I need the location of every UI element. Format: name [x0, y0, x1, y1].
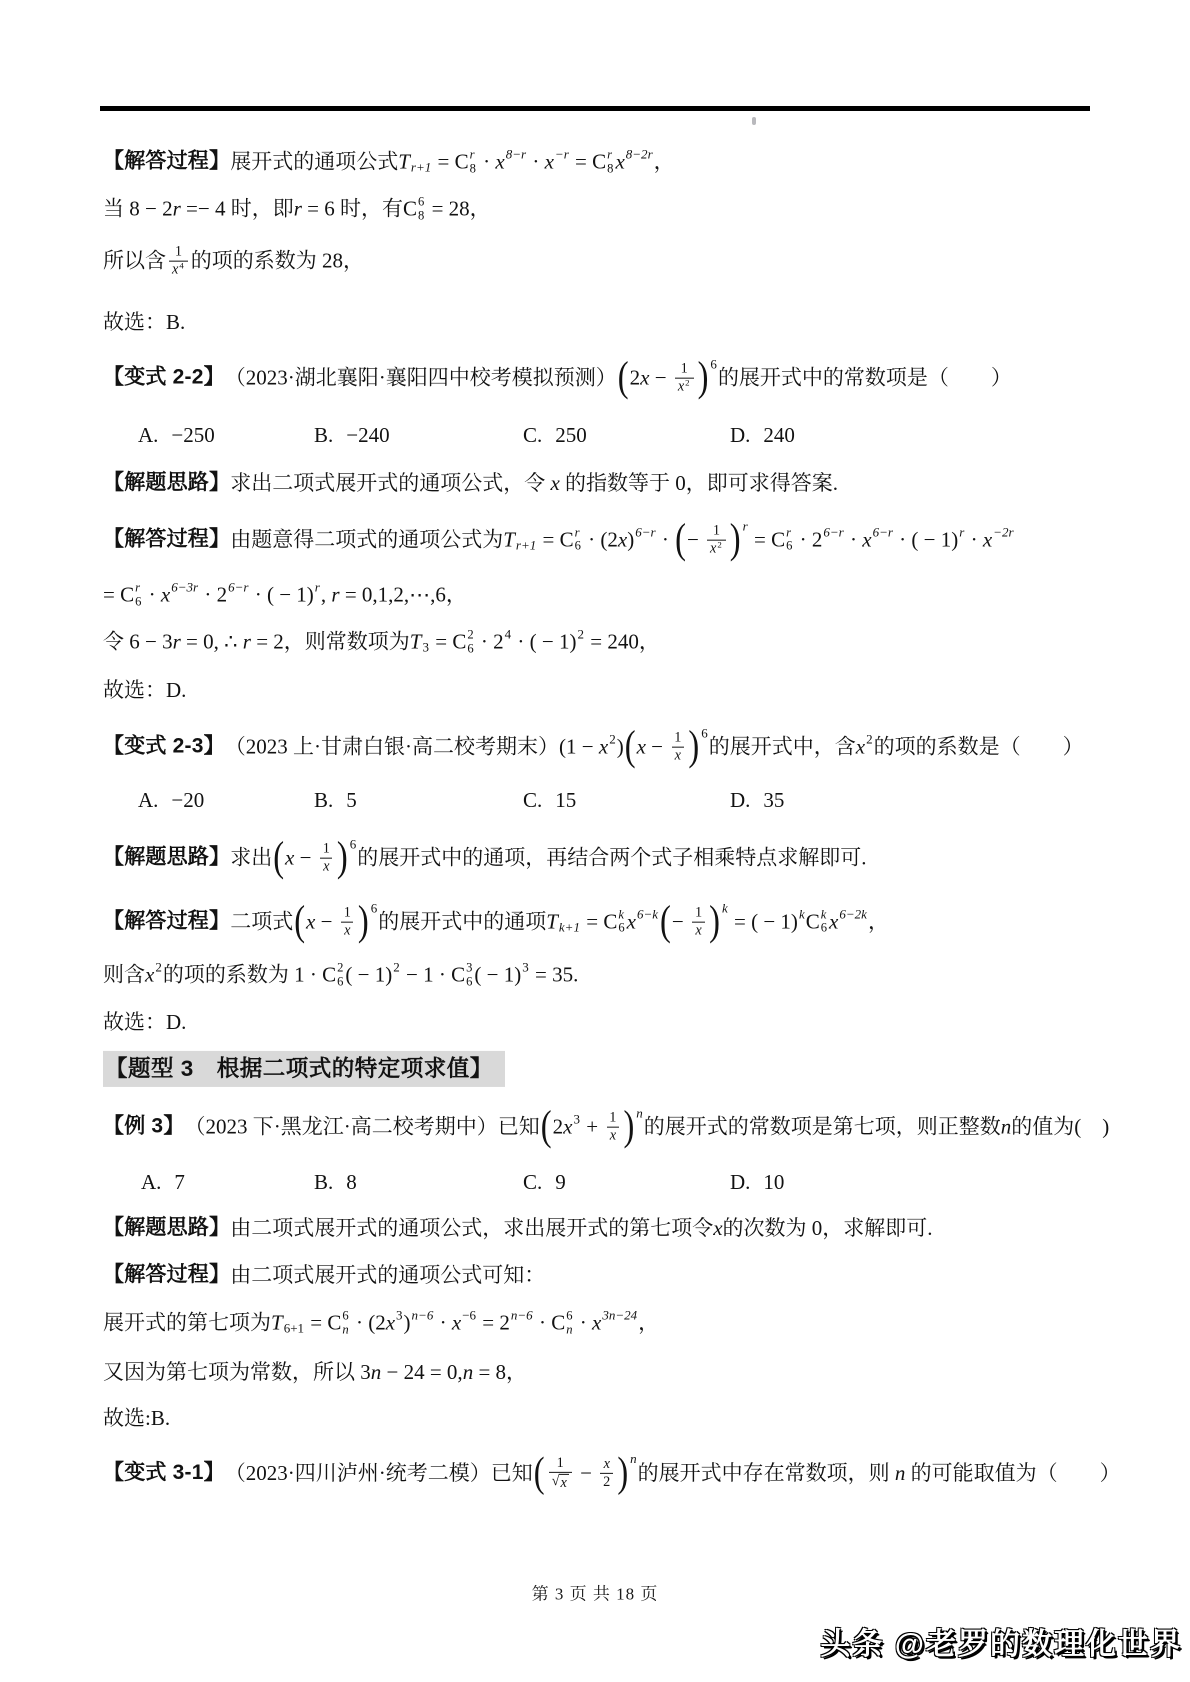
options-row-2-2: A.−250B.−240C.250D.240: [103, 421, 1093, 449]
label-run: 【变式 2-3】: [103, 734, 225, 760]
math-run: n: [895, 1460, 906, 1486]
superscript: 2: [609, 732, 616, 748]
math-run: x: [637, 734, 646, 760]
math-run: x: [550, 470, 559, 496]
solution-line: 【解答过程】由题意得二项式的通项公式为Tr+1 = Cr6 · (2x)6−r …: [103, 523, 1015, 558]
text-run: −: [575, 1460, 597, 1486]
math-run: 1: [681, 361, 688, 377]
header-rule: [100, 106, 1090, 111]
text-run: ·: [527, 149, 545, 175]
superscript: n−6: [511, 1308, 533, 1324]
math-run: x: [386, 1310, 395, 1336]
math-run: x: [604, 1456, 610, 1472]
math-run: x: [306, 909, 315, 935]
superscript: −2r: [993, 525, 1013, 541]
big-paren: (− 1x): [659, 905, 721, 940]
superscript: 6−k: [637, 907, 658, 923]
superscript: 6−r: [873, 525, 893, 541]
text-run: ): [617, 734, 624, 760]
option-value: −240: [346, 423, 389, 447]
label-run: 【解答过程】: [103, 149, 230, 175]
text-run: · 2: [476, 629, 504, 655]
text-run: −: [687, 527, 704, 553]
superscript: 6: [701, 725, 708, 741]
text-run: （2023·湖北襄阳·襄阳四中校考模拟预测）: [225, 365, 617, 391]
math-run: x: [599, 734, 608, 760]
text-run: （2023 上·甘肃白银·高二校考期末）(1 −: [225, 734, 599, 760]
option-value: −250: [171, 423, 214, 447]
answer-line: 故选：D.: [103, 677, 186, 703]
superscript: 6−r: [635, 525, 655, 541]
subscript: k+1: [559, 920, 580, 936]
text-run: = ( − 1): [729, 909, 798, 935]
text-run: 当 8 − 2: [103, 196, 173, 222]
sub-sup-stack: k6: [618, 908, 624, 935]
math-run: x: [344, 923, 350, 939]
text-run: ，: [654, 149, 675, 175]
text-run: = 28，: [426, 196, 490, 222]
text-run: 求出二项式展开式的通项公式，令: [230, 470, 550, 496]
text-run: 的展开式中的常数项是（ ）: [718, 365, 1012, 391]
text-run: =: [570, 149, 592, 175]
option-value: 240: [763, 423, 795, 447]
text-run: 的指数等于 0，即可求得答案.: [560, 470, 838, 496]
math-run: x: [495, 149, 504, 175]
sub-sup-stack: r6: [135, 581, 141, 608]
text-run: =: [305, 1310, 327, 1336]
option-label: D.: [730, 788, 750, 812]
math-run: 2: [630, 365, 641, 391]
option-value: 10: [763, 1170, 784, 1194]
superscript: 3n−24: [602, 1308, 637, 1324]
option-D: D.35: [730, 786, 784, 814]
math-run: r: [243, 629, 251, 655]
option-C: C.9: [523, 1168, 566, 1196]
fraction: 1x: [320, 841, 333, 876]
sub-sup-stack: k6: [821, 908, 827, 935]
math-run: x: [627, 909, 636, 935]
text-run: 故选：D.: [103, 1009, 186, 1035]
text-run: = 8，: [473, 1359, 527, 1385]
text-run: ·: [845, 527, 863, 553]
text-run: · (2: [583, 527, 618, 553]
superscript: 8−r: [506, 147, 526, 163]
label-run: 【变式 2-2】: [103, 365, 225, 391]
label-run: 【变式 3-1】: [103, 1460, 225, 1486]
math-run: 1: [557, 1455, 564, 1471]
superscript: 2: [577, 627, 584, 643]
option-A: A.−250: [138, 421, 215, 449]
sqrt-radical: √x: [552, 1474, 569, 1491]
sub-sup-stack: r6: [786, 526, 792, 553]
math-run: n: [463, 1359, 474, 1385]
superscript: k: [722, 900, 728, 916]
superscript: −6: [462, 1308, 476, 1324]
text-run: 故选:B.: [103, 1405, 170, 1431]
math-run: x: [829, 909, 838, 935]
math-run: x: [563, 1114, 572, 1140]
superscript: −r: [555, 147, 569, 163]
label-run: 【解题思路】: [103, 845, 230, 871]
text-run: 所以含: [103, 248, 166, 274]
big-paren: (2x − 1x2): [617, 361, 710, 396]
option-value: 250: [555, 423, 587, 447]
math-run: C: [806, 909, 820, 935]
math-run: x: [452, 1310, 461, 1336]
big-paren: (2x3 + 1x): [540, 1110, 636, 1145]
option-value: 9: [555, 1170, 566, 1194]
fraction: 1x: [606, 1110, 619, 1145]
label-run: 【解答过程】: [103, 1262, 230, 1288]
idea-line: 【解题思路】求出二项式展开式的通项公式，令 x 的指数等于 0，即可求得答案.: [103, 470, 838, 496]
text-run: · 2: [199, 582, 227, 608]
fraction: 1x2: [675, 361, 694, 396]
math-run: T: [398, 149, 410, 175]
sub-sup-stack: 26: [337, 961, 343, 988]
option-value: −20: [171, 788, 204, 812]
math-run: 1: [695, 905, 702, 921]
math-run: 1: [609, 1110, 616, 1126]
option-label: A.: [138, 788, 158, 812]
text-run: 故选：D.: [103, 677, 186, 703]
text-run: = 0,1,2,⋯,6，: [340, 582, 467, 608]
superscript: 3: [522, 960, 529, 976]
math-run: x: [675, 748, 681, 764]
option-A: A.7: [141, 1168, 185, 1196]
solution-line: 当 8 − 2r =− 4 时，即r = 6 时，有C68 = 28，: [103, 195, 491, 222]
big-paren: (x − 1x): [624, 730, 701, 765]
math-run: x: [161, 582, 170, 608]
math-run: n: [1001, 1114, 1012, 1140]
math-run: C: [560, 527, 574, 553]
option-B: B.−240: [314, 421, 390, 449]
text-run: −: [649, 365, 671, 391]
math-run: r: [294, 196, 302, 222]
math-run: 1: [713, 523, 720, 539]
math-run: C: [403, 196, 417, 222]
subscript: 6+1: [284, 1321, 304, 1337]
fraction: 1x2: [707, 523, 726, 558]
superscript: 4: [179, 261, 183, 271]
superscript: n: [630, 1451, 637, 1467]
text-run: （2023·四川泸州·统考二模）已知: [225, 1460, 533, 1486]
option-label: C.: [523, 423, 542, 447]
text-run: =: [581, 909, 603, 935]
text-run: ，: [638, 1310, 659, 1336]
page-footer: 第 3 页 共 18 页: [0, 1580, 1190, 1605]
text-run: − 1 ·: [401, 962, 451, 988]
text-run: 的次数为 0，求解即可.: [723, 1215, 933, 1241]
fraction: x2: [600, 1456, 613, 1491]
math-run: x: [640, 365, 649, 391]
text-run: 展开式的第七项为: [103, 1310, 271, 1336]
math-run: x: [678, 379, 684, 395]
text-run: =: [430, 629, 452, 655]
option-C: C.250: [523, 421, 587, 449]
superscript: 4: [505, 627, 512, 643]
math-run: x: [172, 262, 178, 278]
big-paren: (− 1x2): [674, 523, 742, 558]
text-run: 的可能取值为（ ）: [905, 1460, 1120, 1486]
option-label: B.: [314, 788, 333, 812]
math-run: r: [331, 582, 339, 608]
answer-line: 故选:B.: [103, 1405, 170, 1431]
option-label: C.: [523, 1170, 542, 1194]
math-run: 1: [344, 905, 351, 921]
text-run: − 24 = 0,: [381, 1359, 462, 1385]
math-run: x: [610, 1128, 616, 1144]
math-run: n: [371, 1359, 382, 1385]
text-run: 的展开式中的通项，再结合两个式子相乘特点求解即可.: [357, 845, 866, 871]
text-run: =: [103, 582, 120, 608]
text-run: ): [404, 1310, 411, 1336]
superscript: 2: [866, 732, 873, 748]
solution-line: 又因为第七项为常数，所以 3n − 24 = 0,n = 8，: [103, 1359, 527, 1385]
sub-sup-stack: 36: [466, 961, 472, 988]
math-run: C: [455, 149, 469, 175]
text-run: 的展开式的常数项是第七项，则正整数: [644, 1114, 1001, 1140]
option-C: C.15: [523, 786, 576, 814]
subscript: 3: [422, 640, 429, 656]
subscript: r+1: [516, 538, 536, 554]
text-run: = 0, ∴: [181, 629, 243, 655]
text-run: ·: [434, 1310, 452, 1336]
solution-line: 则含x2的项的系数为 1 · C26( − 1)2 − 1 · C36( − 1…: [103, 961, 578, 988]
text-run: · 2: [794, 527, 822, 553]
problem-variant-2-3: 【变式 2-3】（2023 上·甘肃白银·高二校考期末）(1 − x2)(x −…: [103, 730, 1084, 765]
big-paren: (x − 1x): [272, 841, 349, 876]
math-run: x: [695, 923, 701, 939]
superscript: 2: [717, 540, 721, 550]
math-run: C: [592, 149, 606, 175]
text-run: 又因为第七项为常数，所以 3: [103, 1359, 371, 1385]
text-run: 的展开式中，含: [709, 734, 856, 760]
solution-line: 展开式的第七项为T6+1 = C6n · (2x3)n−6 · x−6 = 2n…: [103, 1309, 659, 1336]
sub-sup-stack: 6n: [342, 1309, 348, 1336]
math-run: C: [771, 527, 785, 553]
math-run: x: [560, 1475, 566, 1491]
math-run: r: [173, 629, 181, 655]
text-run: 的项的系数为 1 ·: [163, 962, 322, 988]
text-run: ·: [143, 582, 161, 608]
text-run: 由题意得二项式的通项公式为: [230, 527, 503, 553]
watermark: 头条 @老罗的数理化世界: [820, 1619, 1182, 1663]
option-D: D.240: [730, 421, 795, 449]
options-row-2-3: A.−20B.5C.15D.35: [103, 786, 1093, 814]
option-label: B.: [314, 423, 333, 447]
math-run: x: [545, 149, 554, 175]
superscript: r: [743, 518, 748, 534]
options-row-ex3: A.7B.8C.9D.10: [103, 1168, 1093, 1196]
math-run: T: [271, 1310, 283, 1336]
text-run: ·: [575, 1310, 593, 1336]
superscript: 2: [155, 960, 162, 976]
label-run: 【解答过程】: [103, 527, 230, 553]
text-run: 由二项式展开式的通项公式可知：: [230, 1262, 545, 1288]
solution-line-ex2-1: 【解答过程】展开式的通项公式Tr+1 = Cr8 · x8−r · x−r = …: [103, 148, 675, 175]
math-run: 2: [553, 1114, 564, 1140]
sub-sup-stack: r8: [470, 148, 476, 175]
idea-line: 【解题思路】由二项式展开式的通项公式，求出展开式的第七项令x的次数为 0，求解即…: [103, 1215, 933, 1241]
math-run: C: [551, 1310, 565, 1336]
math-run: x: [323, 859, 329, 875]
sub-sup-stack: 6n: [566, 1309, 572, 1336]
text-run: 的项的系数是（ ）: [874, 734, 1084, 760]
subscript: r+1: [411, 160, 431, 176]
option-value: 15: [555, 788, 576, 812]
math-run: x: [592, 1310, 601, 1336]
math-run: x: [713, 1215, 722, 1241]
fraction: 1x: [341, 905, 354, 940]
text-run: −: [646, 734, 668, 760]
text-run: ( − 1): [474, 962, 521, 988]
text-run: 的展开式中的通项: [378, 909, 546, 935]
text-run: =: [432, 149, 454, 175]
answer-line: 故选：D.: [103, 1009, 186, 1035]
label-run: 【解答过程】: [103, 909, 230, 935]
option-label: D.: [730, 423, 750, 447]
math-run: 1: [674, 730, 681, 746]
text-run: =− 4 时，即: [181, 196, 294, 222]
math-run: x: [862, 527, 871, 553]
text-run: 的项的系数为 28，: [191, 248, 364, 274]
math-run: x: [983, 527, 992, 553]
text-run: = 2，则常数项为: [251, 629, 410, 655]
option-value: 5: [346, 788, 357, 812]
problem-example-3: 【例 3】（2023 下·黑龙江·高二校考期中）已知(2x3 + 1x)n的展开…: [103, 1110, 1109, 1145]
topic-heading-text: 【题型 3 根据二项式的特定项求值】: [103, 1051, 505, 1087]
text-run: 展开式的通项公式: [230, 149, 398, 175]
text-run: = 35.: [530, 962, 579, 988]
math-run: 2: [603, 1473, 610, 1489]
superscript: k: [799, 907, 805, 923]
option-label: C.: [523, 788, 542, 812]
text-run: = 6 时，有: [302, 196, 403, 222]
text-run: · (2: [351, 1310, 386, 1336]
sub-sup-stack: r6: [575, 526, 581, 553]
label-run: 【解题思路】: [103, 1215, 230, 1241]
math-run: x: [145, 962, 154, 988]
text-run: = 2: [477, 1310, 510, 1336]
solution-line: 【解答过程】二项式(x − 1x)6的展开式中的通项Tk+1 = Ck6x6−k…: [103, 905, 889, 940]
superscript: 3: [396, 1308, 403, 1324]
option-D: D.10: [730, 1168, 784, 1196]
math-run: x: [285, 845, 294, 871]
solution-line: 令 6 − 3r = 0, ∴ r = 2，则常数项为T3 = C26 · 24…: [103, 628, 660, 655]
option-A: A.−20: [138, 786, 204, 814]
text-run: 令 6 − 3: [103, 629, 173, 655]
superscript: 8−2r: [626, 147, 653, 163]
option-value: 35: [763, 788, 784, 812]
math-run: T: [410, 629, 422, 655]
option-B: B.5: [314, 786, 357, 814]
math-run: T: [503, 527, 515, 553]
option-B: B.8: [314, 1168, 357, 1196]
sub-sup-stack: r8: [607, 148, 613, 175]
sub-sup-stack: 68: [418, 195, 424, 222]
superscript: r: [959, 525, 964, 541]
text-run: −: [672, 909, 689, 935]
superscript: 2: [685, 378, 689, 388]
answer-line: 故选：B.: [103, 309, 185, 335]
superscript: 6−r: [228, 580, 248, 596]
fraction: 1x4: [169, 244, 188, 279]
stray-mark: [752, 117, 756, 125]
text-run: −: [315, 909, 337, 935]
big-paren: (x − 1x): [293, 905, 370, 940]
text-run: · ( − 1): [512, 629, 576, 655]
sub-sup-stack: 26: [467, 628, 473, 655]
superscript: r: [315, 580, 320, 596]
text-run: ( − 1): [345, 962, 392, 988]
option-label: A.: [138, 423, 158, 447]
superscript: 6: [371, 900, 378, 916]
text-run: ,: [321, 582, 332, 608]
math-run: C: [603, 909, 617, 935]
text-run: 由二项式展开式的通项公式，求出展开式的第七项令: [230, 1215, 713, 1241]
big-paren: (1√x − x2): [533, 1455, 629, 1491]
fraction: 1√x: [549, 1455, 572, 1491]
document-page: 【解答过程】展开式的通项公式Tr+1 = Cr8 · x8−r · x−r = …: [0, 0, 1190, 1682]
math-run: x: [856, 734, 865, 760]
math-run: T: [546, 909, 558, 935]
label-run: 【例 3】: [103, 1114, 185, 1140]
solution-line: 【解答过程】由二项式展开式的通项公式可知：: [103, 1262, 545, 1288]
text-run: =: [749, 527, 771, 553]
text-run: −: [294, 845, 316, 871]
math-run: C: [452, 629, 466, 655]
text-run: ·: [478, 149, 496, 175]
math-run: x: [615, 149, 624, 175]
text-run: 的展开式中存在常数项，则: [638, 1460, 895, 1486]
problem-variant-3-1: 【变式 3-1】（2023·四川泸州·统考二模）已知(1√x − x2)n的展开…: [103, 1455, 1121, 1491]
superscript: 6−3r: [171, 580, 198, 596]
math-run: 1: [323, 841, 330, 857]
idea-line: 【解题思路】求出(x − 1x)6的展开式中的通项，再结合两个式子相乘特点求解即…: [103, 841, 866, 876]
math-run: r: [173, 196, 181, 222]
math-run: C: [327, 1310, 341, 1336]
math-run: 1: [175, 244, 182, 260]
math-run: C: [120, 582, 134, 608]
superscript: n−6: [412, 1308, 434, 1324]
text-run: +: [581, 1114, 603, 1140]
solution-line: 所以含1x4的项的系数为 28，: [103, 244, 364, 279]
math-run: C: [322, 962, 336, 988]
text-run: 故选：B.: [103, 309, 185, 335]
text-run: 二项式: [230, 909, 293, 935]
fraction: 1x: [671, 730, 684, 765]
text-run: 则含: [103, 962, 145, 988]
label-run: 【解题思路】: [103, 470, 230, 496]
option-label: A.: [141, 1170, 161, 1194]
superscript: 2: [393, 960, 400, 976]
superscript: n: [636, 1105, 643, 1121]
text-run: ): [627, 527, 634, 553]
text-run: 的值为( ): [1011, 1114, 1109, 1140]
math-run: x: [618, 527, 627, 553]
text-run: （2023 下·黑龙江·高二校考期中）已知: [185, 1114, 540, 1140]
text-run: · ( − 1): [894, 527, 958, 553]
solution-line: = Cr6 · x6−3r · 26−r · ( − 1)r, r = 0,1,…: [103, 581, 467, 608]
problem-variant-2-2: 【变式 2-2】（2023·湖北襄阳·襄阳四中校考模拟预测）(2x − 1x2)…: [103, 361, 1012, 396]
text-run: ·: [965, 527, 983, 553]
text-run: · ( − 1): [249, 582, 313, 608]
math-run: C: [451, 962, 465, 988]
option-value: 7: [174, 1170, 185, 1194]
option-value: 8: [346, 1170, 357, 1194]
text-run: 求出: [230, 845, 272, 871]
text-run: =: [537, 527, 559, 553]
